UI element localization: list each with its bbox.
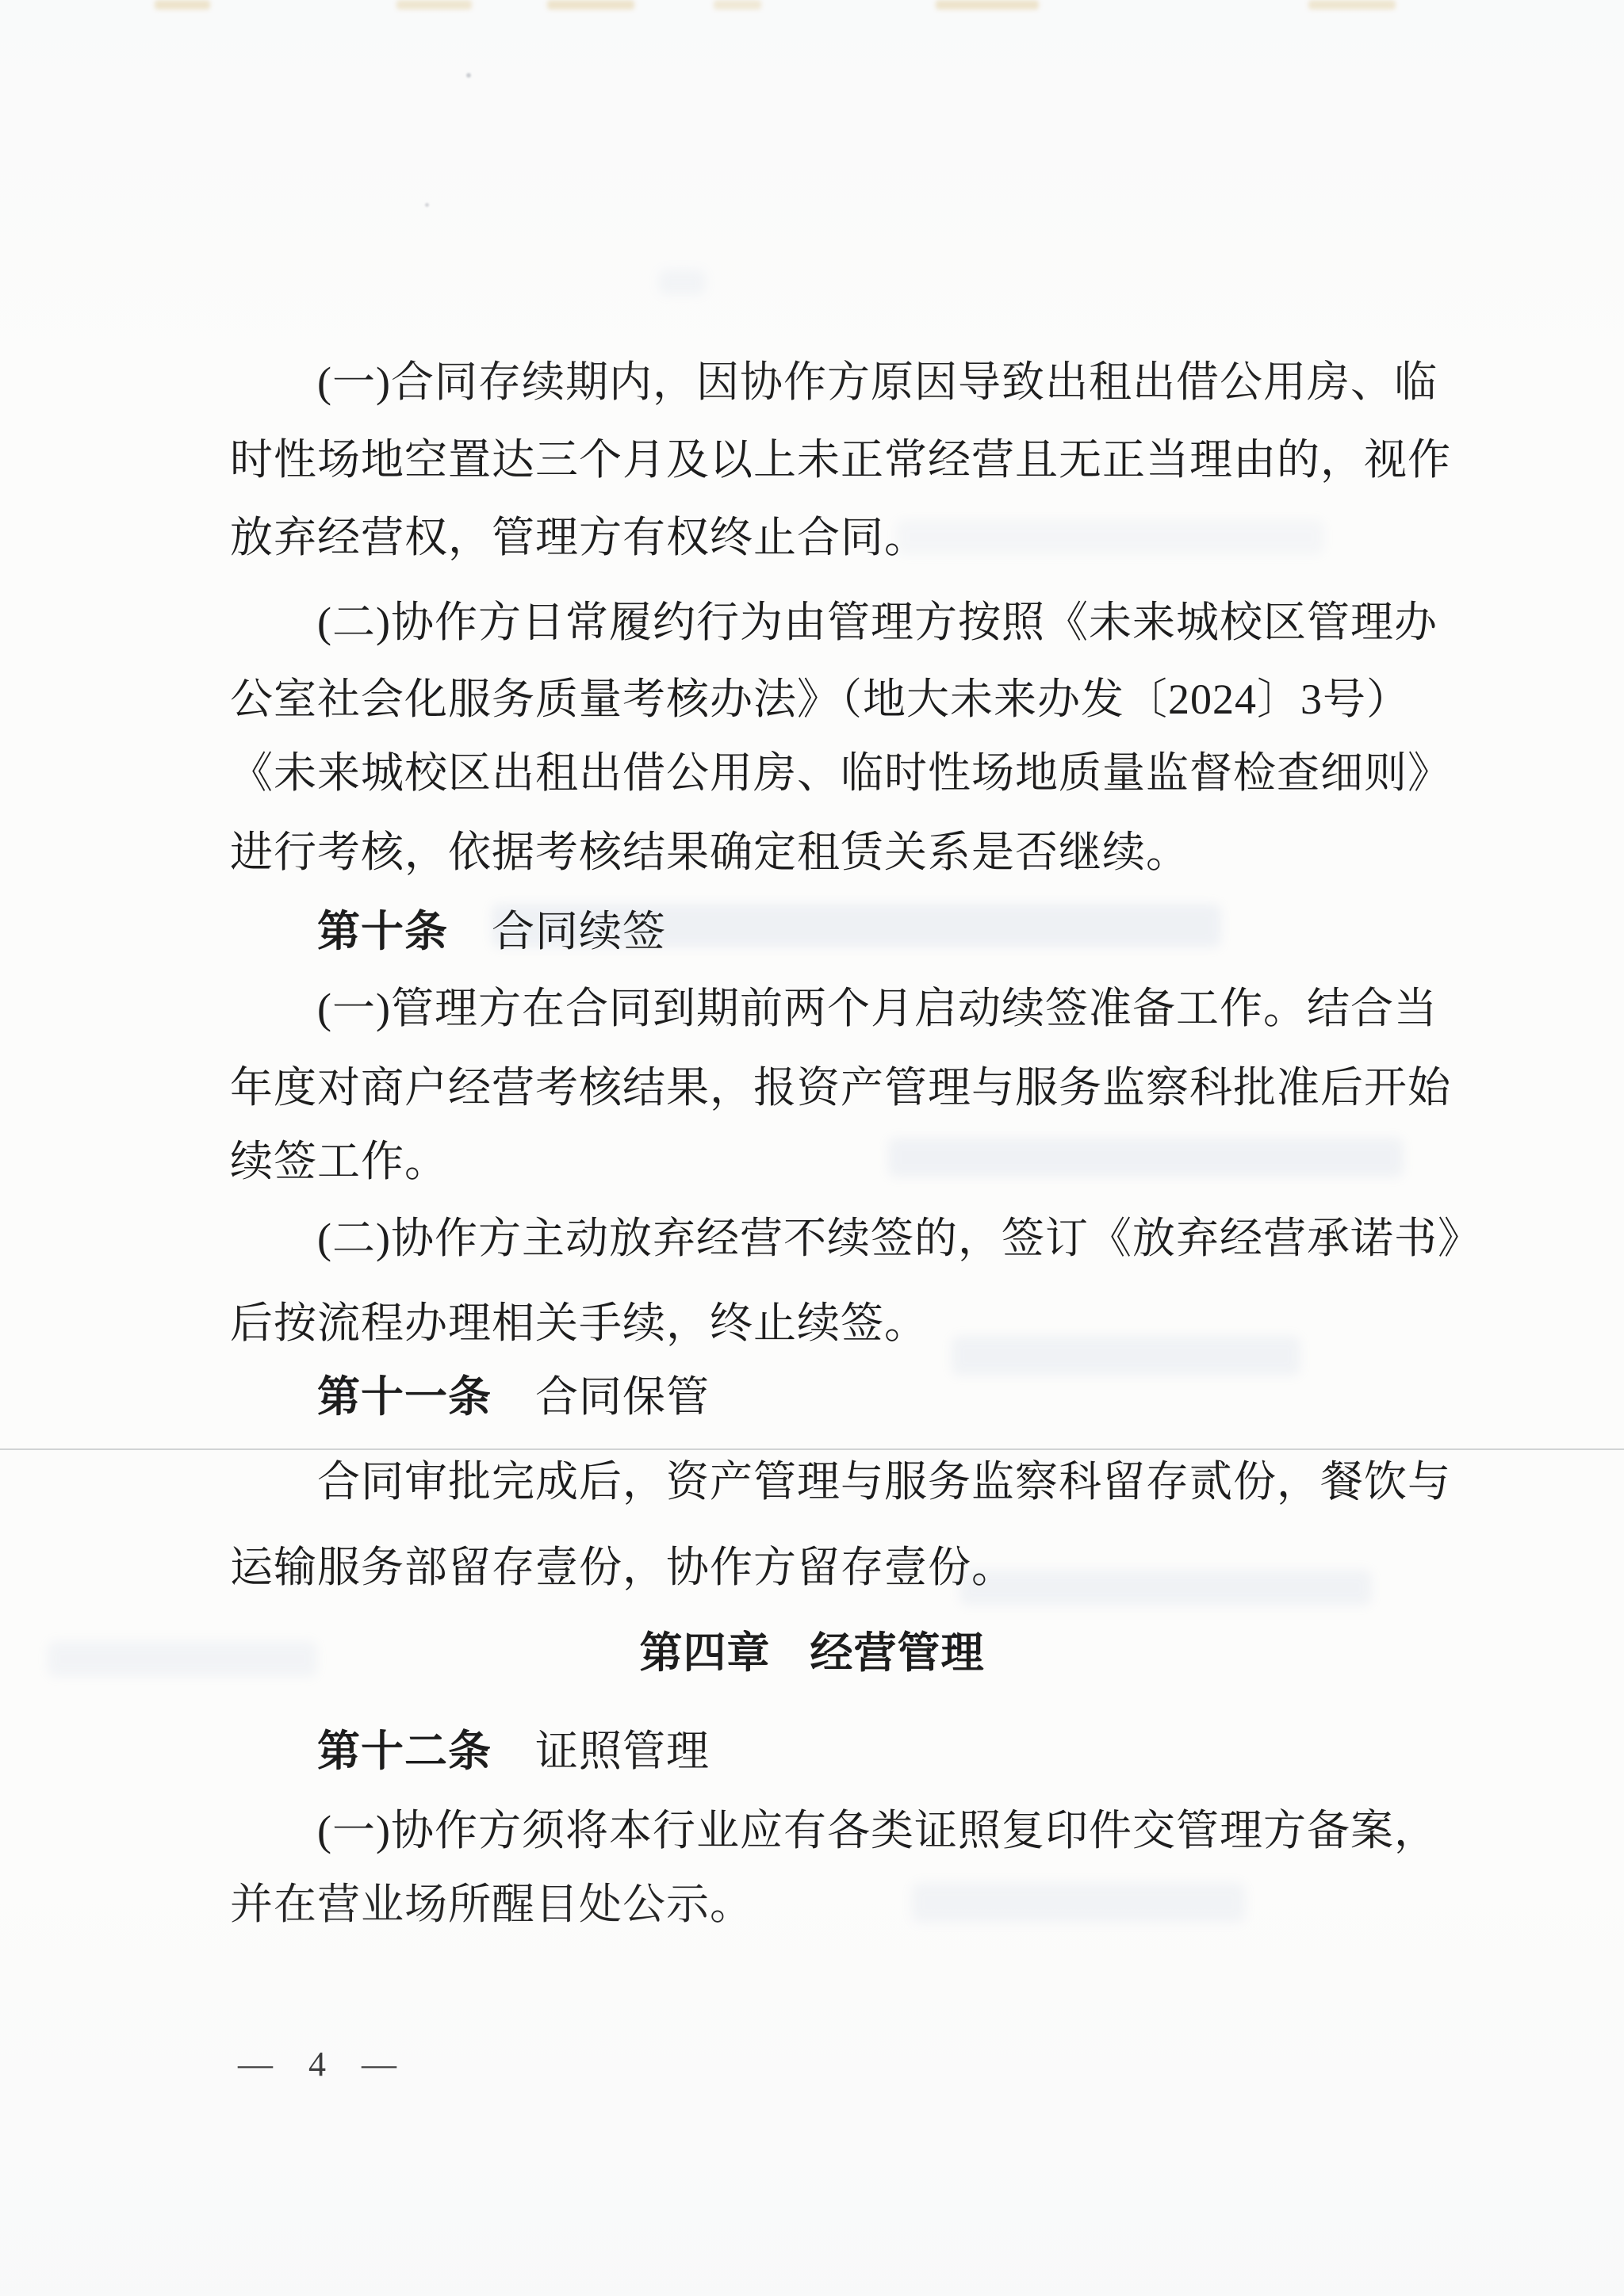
bleedthrough-smudge [952,1336,1300,1376]
body-line: (二)协作方主动放弃经营不续签的，签订《放弃经营承诺书》 [317,1213,1481,1264]
body-line: 时性场地空置达三个月及以上未正常经营且无正当理由的，视作 [230,434,1451,485]
article-number: 第十二条 [317,1728,492,1775]
body-line: (一)合同存续期内，因协作方原因导致出租出借公用房、临 [317,357,1438,408]
body-line: (二)协作方日常履约行为由管理方按照《未来城校区管理办 [317,597,1438,648]
scan-crease-line [0,1448,1624,1450]
page-number: — 4 — [238,2044,400,2084]
scan-artifact-topmark [396,0,472,10]
article-title: 证照管理 [535,1728,710,1775]
scan-speck [425,203,429,207]
article-number: 第十条 [317,908,448,955]
article-title: 合同保管 [535,1373,710,1421]
bleedthrough-smudge [912,1883,1245,1923]
body-line: (一)协作方须将本行业应有各类证照复印件交管理方备案， [317,1805,1438,1856]
body-line: (一)管理方在合同到期前两个月启动续签准备工作。结合当 [317,983,1438,1034]
chapter-number: 第四章 [640,1629,771,1677]
scan-artifact-topmark [547,0,634,10]
bleedthrough-smudge [959,1570,1372,1605]
scan-artifact-topmark [714,0,761,10]
article-heading: 第十二条证照管理 [317,1726,710,1777]
body-line: 合同审批完成后，资产管理与服务监察科留存贰份，餐饮与 [317,1456,1451,1507]
body-line: 运输服务部留存壹份，协作方留存壹份。 [230,1542,1015,1593]
chapter-heading: 第四章经营管理 [0,1628,1624,1678]
body-line: 并在营业场所醒目处公示。 [230,1879,753,1930]
article-number: 第十一条 [317,1373,492,1421]
body-line: 《未来城校区出租出借公用房、临时性场地质量监督检查细则》 [230,748,1451,798]
bleedthrough-smudge [888,1138,1404,1177]
body-line: 续签工作。 [230,1136,448,1187]
article-heading: 第十条合同续签 [317,906,666,957]
body-line: 放弃经营权，管理方有权终止合同。 [230,512,928,563]
article-title: 合同续签 [492,908,666,955]
bleedthrough-smudge [658,270,706,295]
bleedthrough-smudge [896,519,1324,555]
article-heading: 第十一条合同保管 [317,1372,710,1422]
scan-artifact-topmark [1308,0,1396,10]
scanned-document-page: (一)合同存续期内，因协作方原因导致出租出借公用房、临 时性场地空置达三个月及以… [0,0,1624,2296]
scan-artifact-topmark [936,0,1039,10]
chapter-title: 经营管理 [810,1629,985,1677]
scan-speck [466,73,471,78]
scan-artifact-topmark [155,0,210,10]
body-line: 进行考核，依据考核结果确定租赁关系是否继续。 [230,827,1189,878]
body-line: 后按流程办理相关手续，终止续签。 [230,1298,928,1349]
body-line: 公室社会化服务质量考核办法》（地大未来办发〔2024〕3号） [230,674,1410,725]
body-line: 年度对商户经营考核结果，报资产管理与服务监察科批准后开始 [230,1062,1451,1113]
